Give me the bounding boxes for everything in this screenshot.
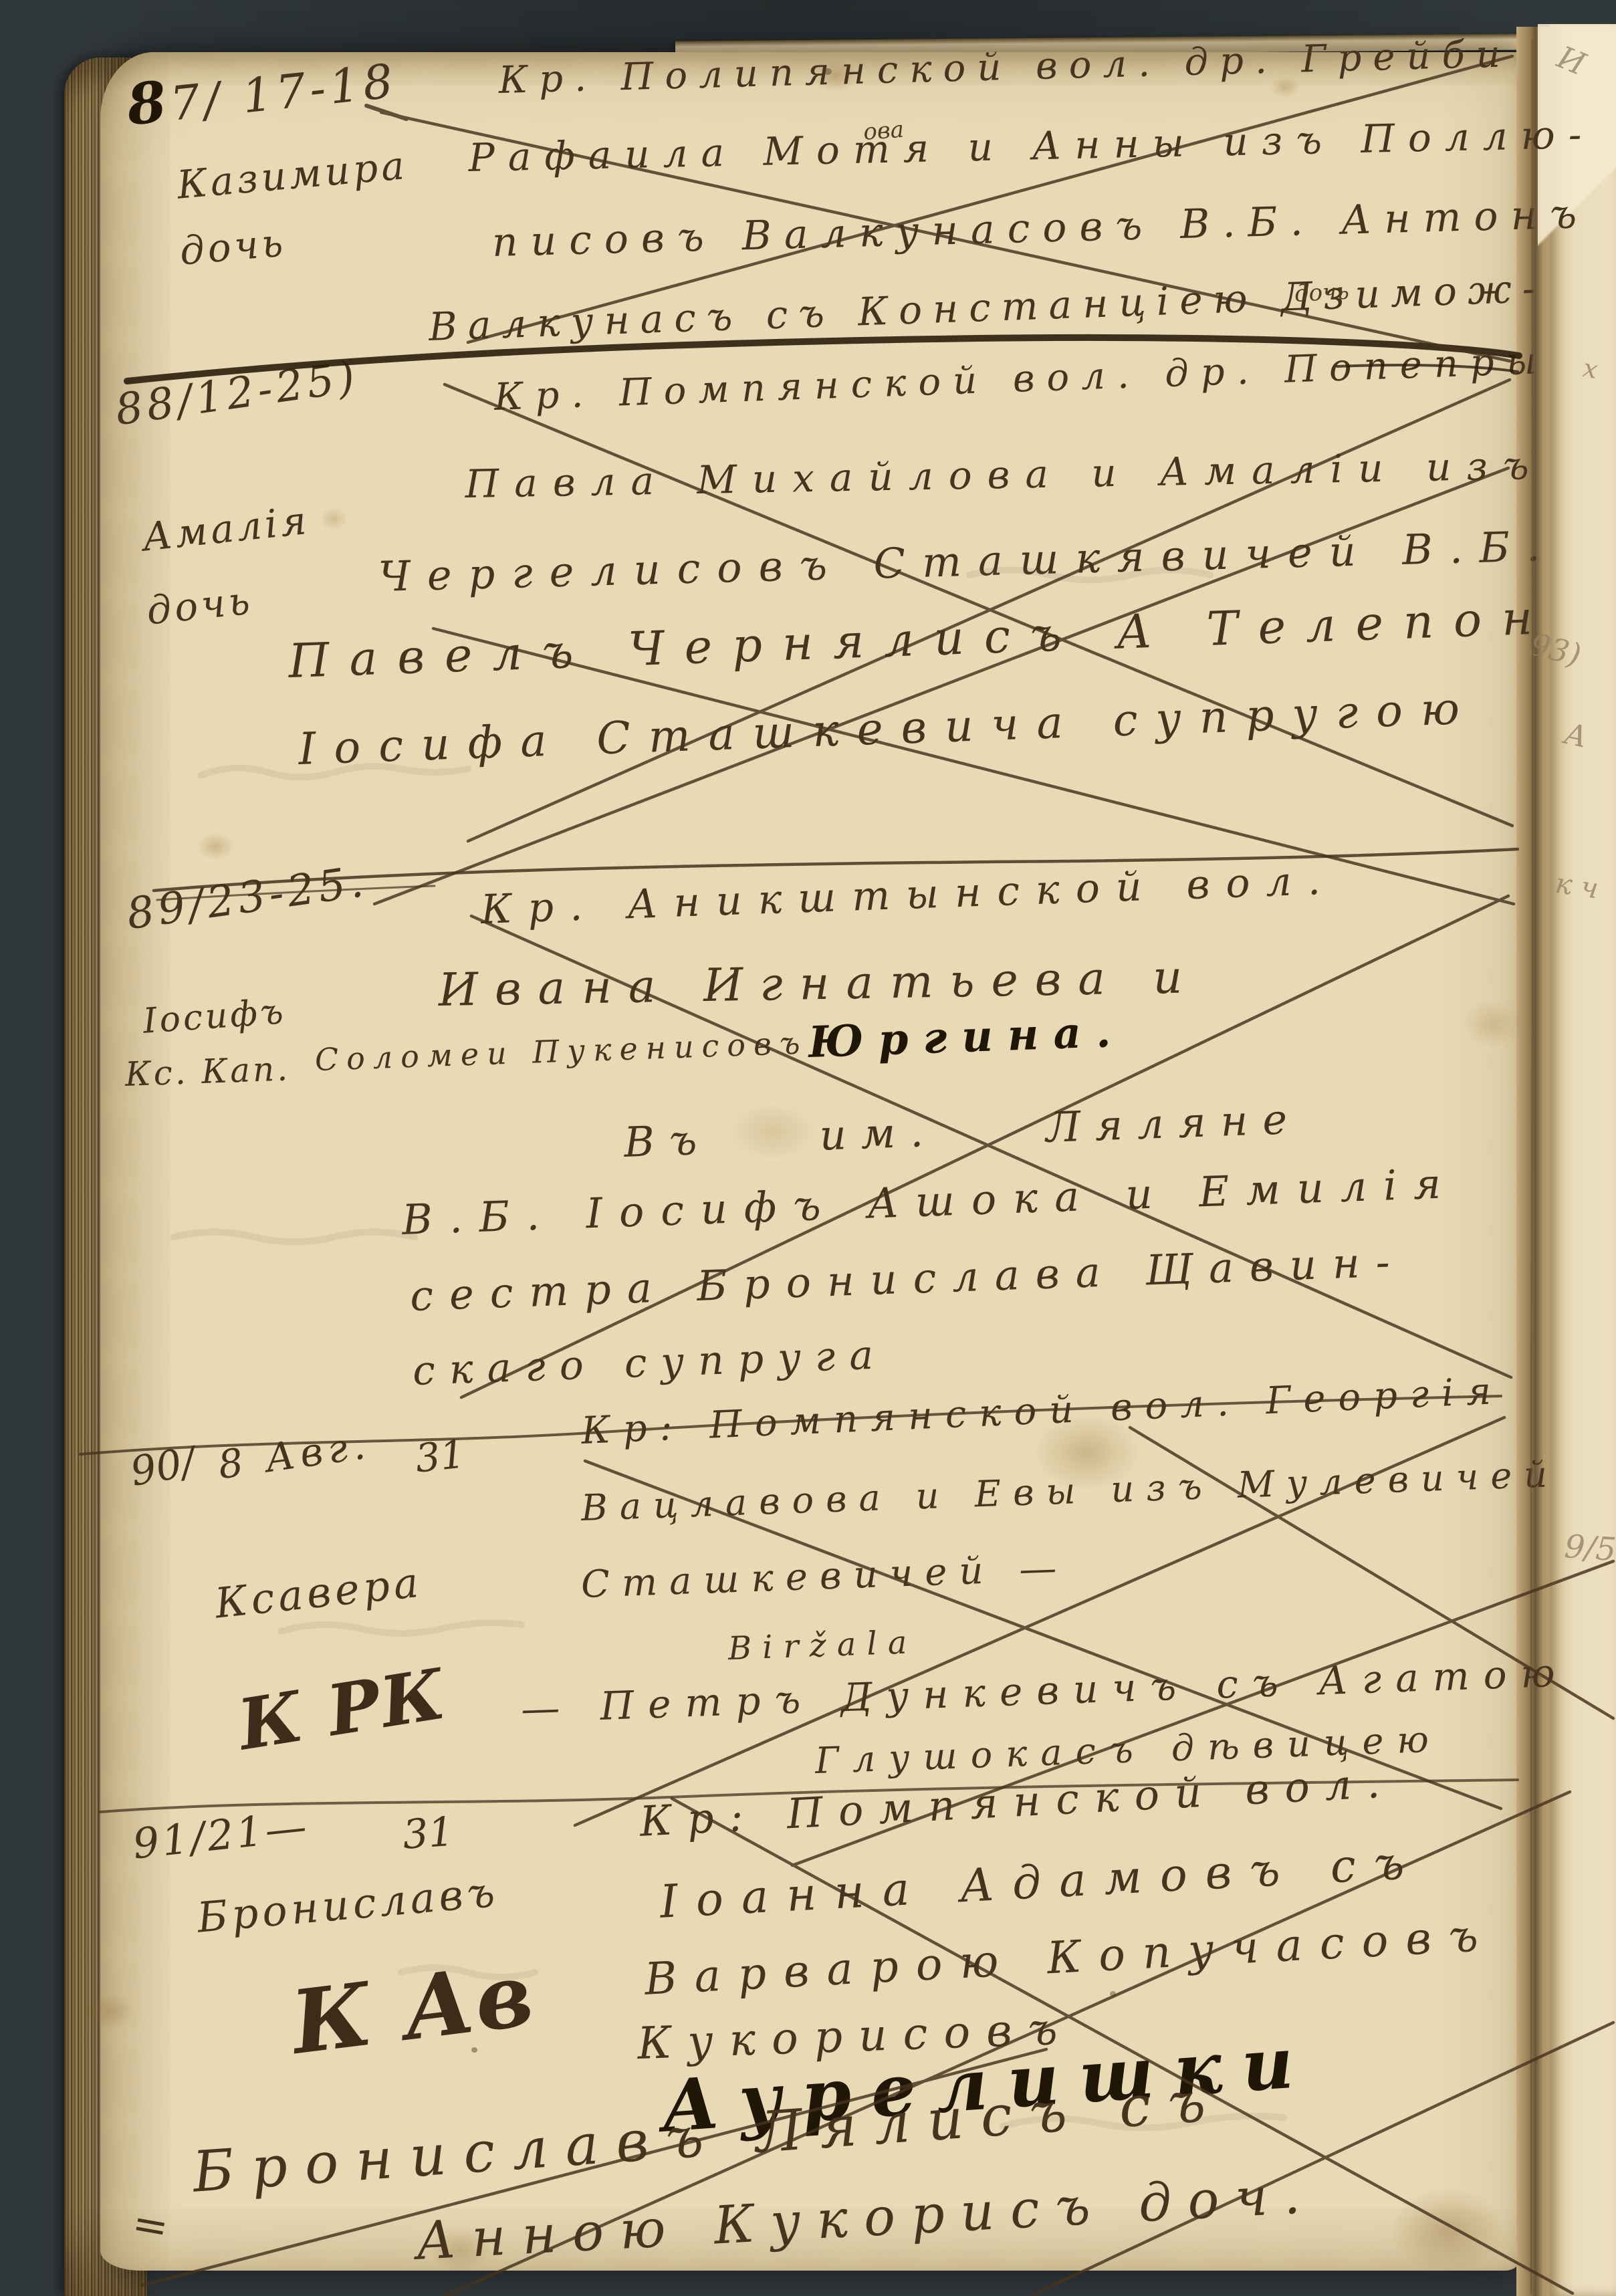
margin-note: дочь xyxy=(178,219,288,274)
entry-number-bold-digit: 8 xyxy=(124,68,173,138)
margin-note: Кс. Кап. xyxy=(124,1049,291,1094)
entry-year: 31 xyxy=(413,1431,467,1481)
superscript-note: дочь xyxy=(1294,278,1350,308)
entry-line-latin: Biržala xyxy=(727,1623,918,1668)
facing-page-fragment: 9/5 xyxy=(1563,1528,1616,1569)
facing-page-sliver xyxy=(1550,24,1616,2296)
scanned-register-book: 87/ 17-18 Казимира дочь Кр. Полипянской … xyxy=(0,0,1616,2296)
facing-page-fragment: к ч xyxy=(1553,867,1601,905)
entry-year: 31 xyxy=(401,1809,455,1859)
